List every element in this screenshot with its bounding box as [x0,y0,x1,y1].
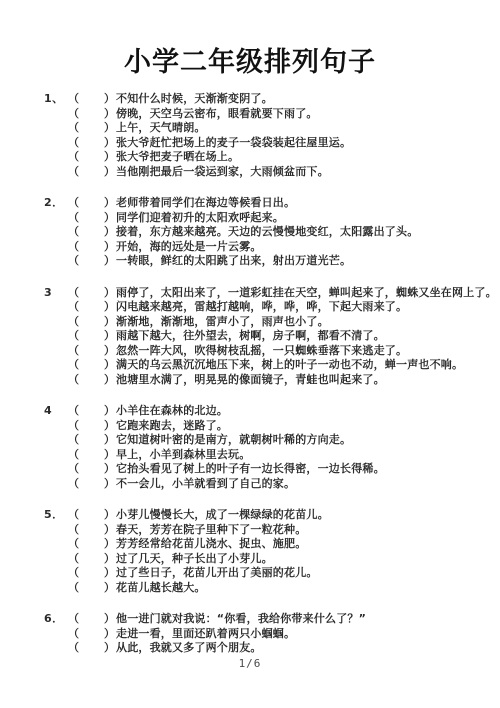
answer-blank: （ ） [68,344,116,359]
answer-blank: （ ） [68,165,116,180]
sentence-text: 春天，芳芳在院子里种下了一粒花种。 [116,523,306,538]
sentence-row: （ ） 早上，小羊到森林里去玩。 [44,448,480,463]
sentence-text: 过了些日子，花苗儿开出了美丽的花儿。 [116,566,318,581]
answer-blank: （ ） [68,433,116,448]
exercise-number: 2． [44,196,68,211]
worksheet-title: 小学二年级排列句子 [44,48,456,78]
exercise-5: 5． （ ） 小芽儿慢慢长大，成了一棵绿绿的花苗儿。 （ ） 春天，芳芳在院子里… [44,508,480,595]
sentence-text: 开始，海的远处是一片云雾。 [116,240,262,255]
sentence-row: （ ） 当他刚把最后一袋运到家，大雨倾盆而下。 [44,165,480,180]
exercise-3: 3 （ ） 雨停了，太阳出来了，一道彩虹挂在天空，蝉叫起来了，蜘蛛又坐在网上了。… [44,286,480,388]
sentence-text: 它知道树叶密的是南方，就朝树叶稀的方向走。 [116,433,351,448]
answer-blank: （ ） [68,448,116,463]
worksheet-page: 小学二年级排列句子 1、 （ ） 不知什么时候，天渐渐变阴了。 （ ） 傍晚，天… [0,0,500,708]
sentence-row: （ ） 雨越下越大，往外望去，树啊，房子啊，都看不清了。 [44,329,480,344]
sentence-text: 雨停了，太阳出来了，一道彩虹挂在天空，蝉叫起来了，蜘蛛又坐在网上了。 [116,286,497,301]
sentence-text: 小羊住在森林的北边。 [116,404,228,419]
exercise-4: 4 （ ） 小羊住在森林的北边。 （ ） 它跑来跑去，迷路了。 （ ） 它知道树… [44,404,480,491]
sentence-row: 5． （ ） 小芽儿慢慢长大，成了一棵绿绿的花苗儿。 [44,508,480,523]
sentence-text: 接着，东方越来越亮。天边的云慢慢地变红，太阳露出了头。 [116,225,418,240]
sentence-row: 1、 （ ） 不知什么时候，天渐渐变阴了。 [44,92,480,107]
sentence-text: 池塘里水满了，明晃晃的像面镜子，青蛙也叫起来了。 [116,373,385,388]
answer-blank: （ ） [68,121,116,136]
sentence-row: 4 （ ） 小羊住在森林的北边。 [44,404,480,419]
sentence-row: （ ） 春天，芳芳在院子里种下了一粒花种。 [44,523,480,538]
sentence-row: （ ） 闪电越来越亮，雷越打越响，哗，哗，哗，下起大雨来了。 [44,300,480,315]
sentence-text: 不知什么时候，天渐渐变阴了。 [116,92,273,107]
answer-blank: （ ） [68,300,116,315]
answer-blank: （ ） [68,286,116,301]
sentence-row: （ ） 它跑来跑去，迷路了。 [44,419,480,434]
exercise-1: 1、 （ ） 不知什么时候，天渐渐变阴了。 （ ） 傍晚，天空乌云密布，眼看就要… [44,92,480,179]
sentence-row: （ ） 一转眼，鲜红的太阳跳了出来，射出万道光芒。 [44,254,480,269]
sentence-row: （ ） 上午，天气晴朗。 [44,121,480,136]
answer-blank: （ ） [68,329,116,344]
exercise-number: 6． [44,612,68,627]
answer-blank: （ ） [68,477,116,492]
sentence-text: 花苗儿越长越大。 [116,581,206,596]
sentence-text: 上午，天气晴朗。 [116,121,206,136]
sentence-row: （ ） 满天的乌云黑沉沉地压下来，树上的叶子一动也不动，蝉一声也不响。 [44,358,480,373]
sentence-row: （ ） 芳芳经常给花苗儿浇水、捉虫、施肥。 [44,537,480,552]
sentence-text: 雨越下越大，往外望去，树啊，房子啊，都看不清了。 [116,329,385,344]
answer-blank: （ ） [68,254,116,269]
sentence-text: 过了几天，种子长出了小芽儿。 [116,552,273,567]
answer-blank: （ ） [68,537,116,552]
sentence-text: 张大爷赶忙把场上的麦子一袋袋装起往屋里运。 [116,136,351,151]
sentence-text: 不一会儿，小羊就看到了自己的家。 [116,477,295,492]
sentence-text: 早上，小羊到森林里去玩。 [116,448,250,463]
answer-blank: （ ） [68,358,116,373]
answer-blank: （ ） [68,627,116,642]
answer-blank: （ ） [68,612,116,627]
sentence-row: （ ） 接着，东方越来越亮。天边的云慢慢地变红，太阳露出了头。 [44,225,480,240]
answer-blank: （ ） [68,581,116,596]
answer-blank: （ ） [68,641,116,656]
sentence-text: 芳芳经常给花苗儿浇水、捉虫、施肥。 [116,537,306,552]
sentence-text: 同学们迎着初升的太阳欢呼起来。 [116,211,284,226]
answer-blank: （ ） [68,211,116,226]
exercise-number: 3 [44,286,68,301]
sentence-row: （ ） 池塘里水满了，明晃晃的像面镜子，青蛙也叫起来了。 [44,373,480,388]
sentence-text: 老师带着同学们在海边等候看日出。 [116,196,295,211]
sentence-row: （ ） 过了些日子，花苗儿开出了美丽的花儿。 [44,566,480,581]
sentence-text: 他一进门就对我说：“你看，我给你带来什么了？” [116,612,366,627]
sentence-text: 它跑来跑去，迷路了。 [116,419,228,434]
sentence-row: （ ） 张大爷赶忙把场上的麦子一袋袋装起往屋里运。 [44,136,480,151]
sentence-row: （ ） 从此，我就又多了两个朋友。 [44,641,480,656]
sentence-text: 走进一看，里面还趴着两只小蝈蝈。 [116,627,295,642]
sentence-text: 张大爷把麦子晒在场上。 [116,150,239,165]
sentence-row: （ ） 过了几天，种子长出了小芽儿。 [44,552,480,567]
answer-blank: （ ） [68,240,116,255]
answer-blank: （ ） [68,136,116,151]
sentence-text: 它抬头看见了树上的叶子有一边长得密，一边长得稀。 [116,462,385,477]
sentence-row: 2． （ ） 老师带着同学们在海边等候看日出。 [44,196,480,211]
answer-blank: （ ） [68,150,116,165]
answer-blank: （ ） [68,196,116,211]
answer-blank: （ ） [68,373,116,388]
answer-blank: （ ） [68,462,116,477]
exercise-number: 5． [44,508,68,523]
sentence-row: （ ） 不一会儿，小羊就看到了自己的家。 [44,477,480,492]
answer-blank: （ ） [68,508,116,523]
answer-blank: （ ） [68,552,116,567]
sentence-text: 满天的乌云黑沉沉地压下来，树上的叶子一动也不动，蝉一声也不响。 [116,358,463,373]
sentence-text: 忽然一阵大风，吹得树枝乱摇，一只蜘蛛垂落下来逃走了。 [116,344,407,359]
answer-blank: （ ） [68,523,116,538]
sentence-text: 傍晚，天空乌云密布，眼看就要下雨了。 [116,107,318,122]
sentence-row: （ ） 傍晚，天空乌云密布，眼看就要下雨了。 [44,107,480,122]
sentence-row: 3 （ ） 雨停了，太阳出来了，一道彩虹挂在天空，蝉叫起来了，蜘蛛又坐在网上了。 [44,286,480,301]
answer-blank: （ ） [68,419,116,434]
sentence-row: 6． （ ） 他一进门就对我说：“你看，我给你带来什么了？” [44,612,480,627]
answer-blank: （ ） [68,92,116,107]
answer-blank: （ ） [68,107,116,122]
page-number: 1/6 [0,657,500,670]
sentence-row: （ ） 它抬头看见了树上的叶子有一边长得密，一边长得稀。 [44,462,480,477]
answer-blank: （ ） [68,404,116,419]
sentence-row: （ ） 走进一看，里面还趴着两只小蝈蝈。 [44,627,480,642]
exercise-number: 1、 [44,92,68,107]
exercise-number: 4 [44,404,68,419]
sentence-row: （ ） 张大爷把麦子晒在场上。 [44,150,480,165]
sentence-text: 当他刚把最后一袋运到家，大雨倾盆而下。 [116,165,329,180]
answer-blank: （ ） [68,225,116,240]
sentence-row: （ ） 开始，海的远处是一片云雾。 [44,240,480,255]
exercise-2: 2． （ ） 老师带着同学们在海边等候看日出。 （ ） 同学们迎着初升的太阳欢呼… [44,196,480,269]
sentence-text: 一转眼，鲜红的太阳跳了出来，射出万道光芒。 [116,254,351,269]
sentence-text: 小芽儿慢慢长大，成了一棵绿绿的花苗儿。 [116,508,329,523]
sentence-row: （ ） 渐渐地，渐渐地，雷声小了，雨声也小了。 [44,315,480,330]
exercise-6: 6． （ ） 他一进门就对我说：“你看，我给你带来什么了？” （ ） 走进一看，… [44,612,480,656]
sentence-text: 渐渐地，渐渐地，雷声小了，雨声也小了。 [116,315,329,330]
sentence-text: 闪电越来越亮，雷越打越响，哗，哗，哗，下起大雨来了。 [116,300,407,315]
sentence-row: （ ） 忽然一阵大风，吹得树枝乱摇，一只蜘蛛垂落下来逃走了。 [44,344,480,359]
sentence-text: 从此，我就又多了两个朋友。 [116,641,262,656]
answer-blank: （ ） [68,566,116,581]
sentence-row: （ ） 它知道树叶密的是南方，就朝树叶稀的方向走。 [44,433,480,448]
sentence-row: （ ） 花苗儿越长越大。 [44,581,480,596]
sentence-row: （ ） 同学们迎着初升的太阳欢呼起来。 [44,211,480,226]
answer-blank: （ ） [68,315,116,330]
